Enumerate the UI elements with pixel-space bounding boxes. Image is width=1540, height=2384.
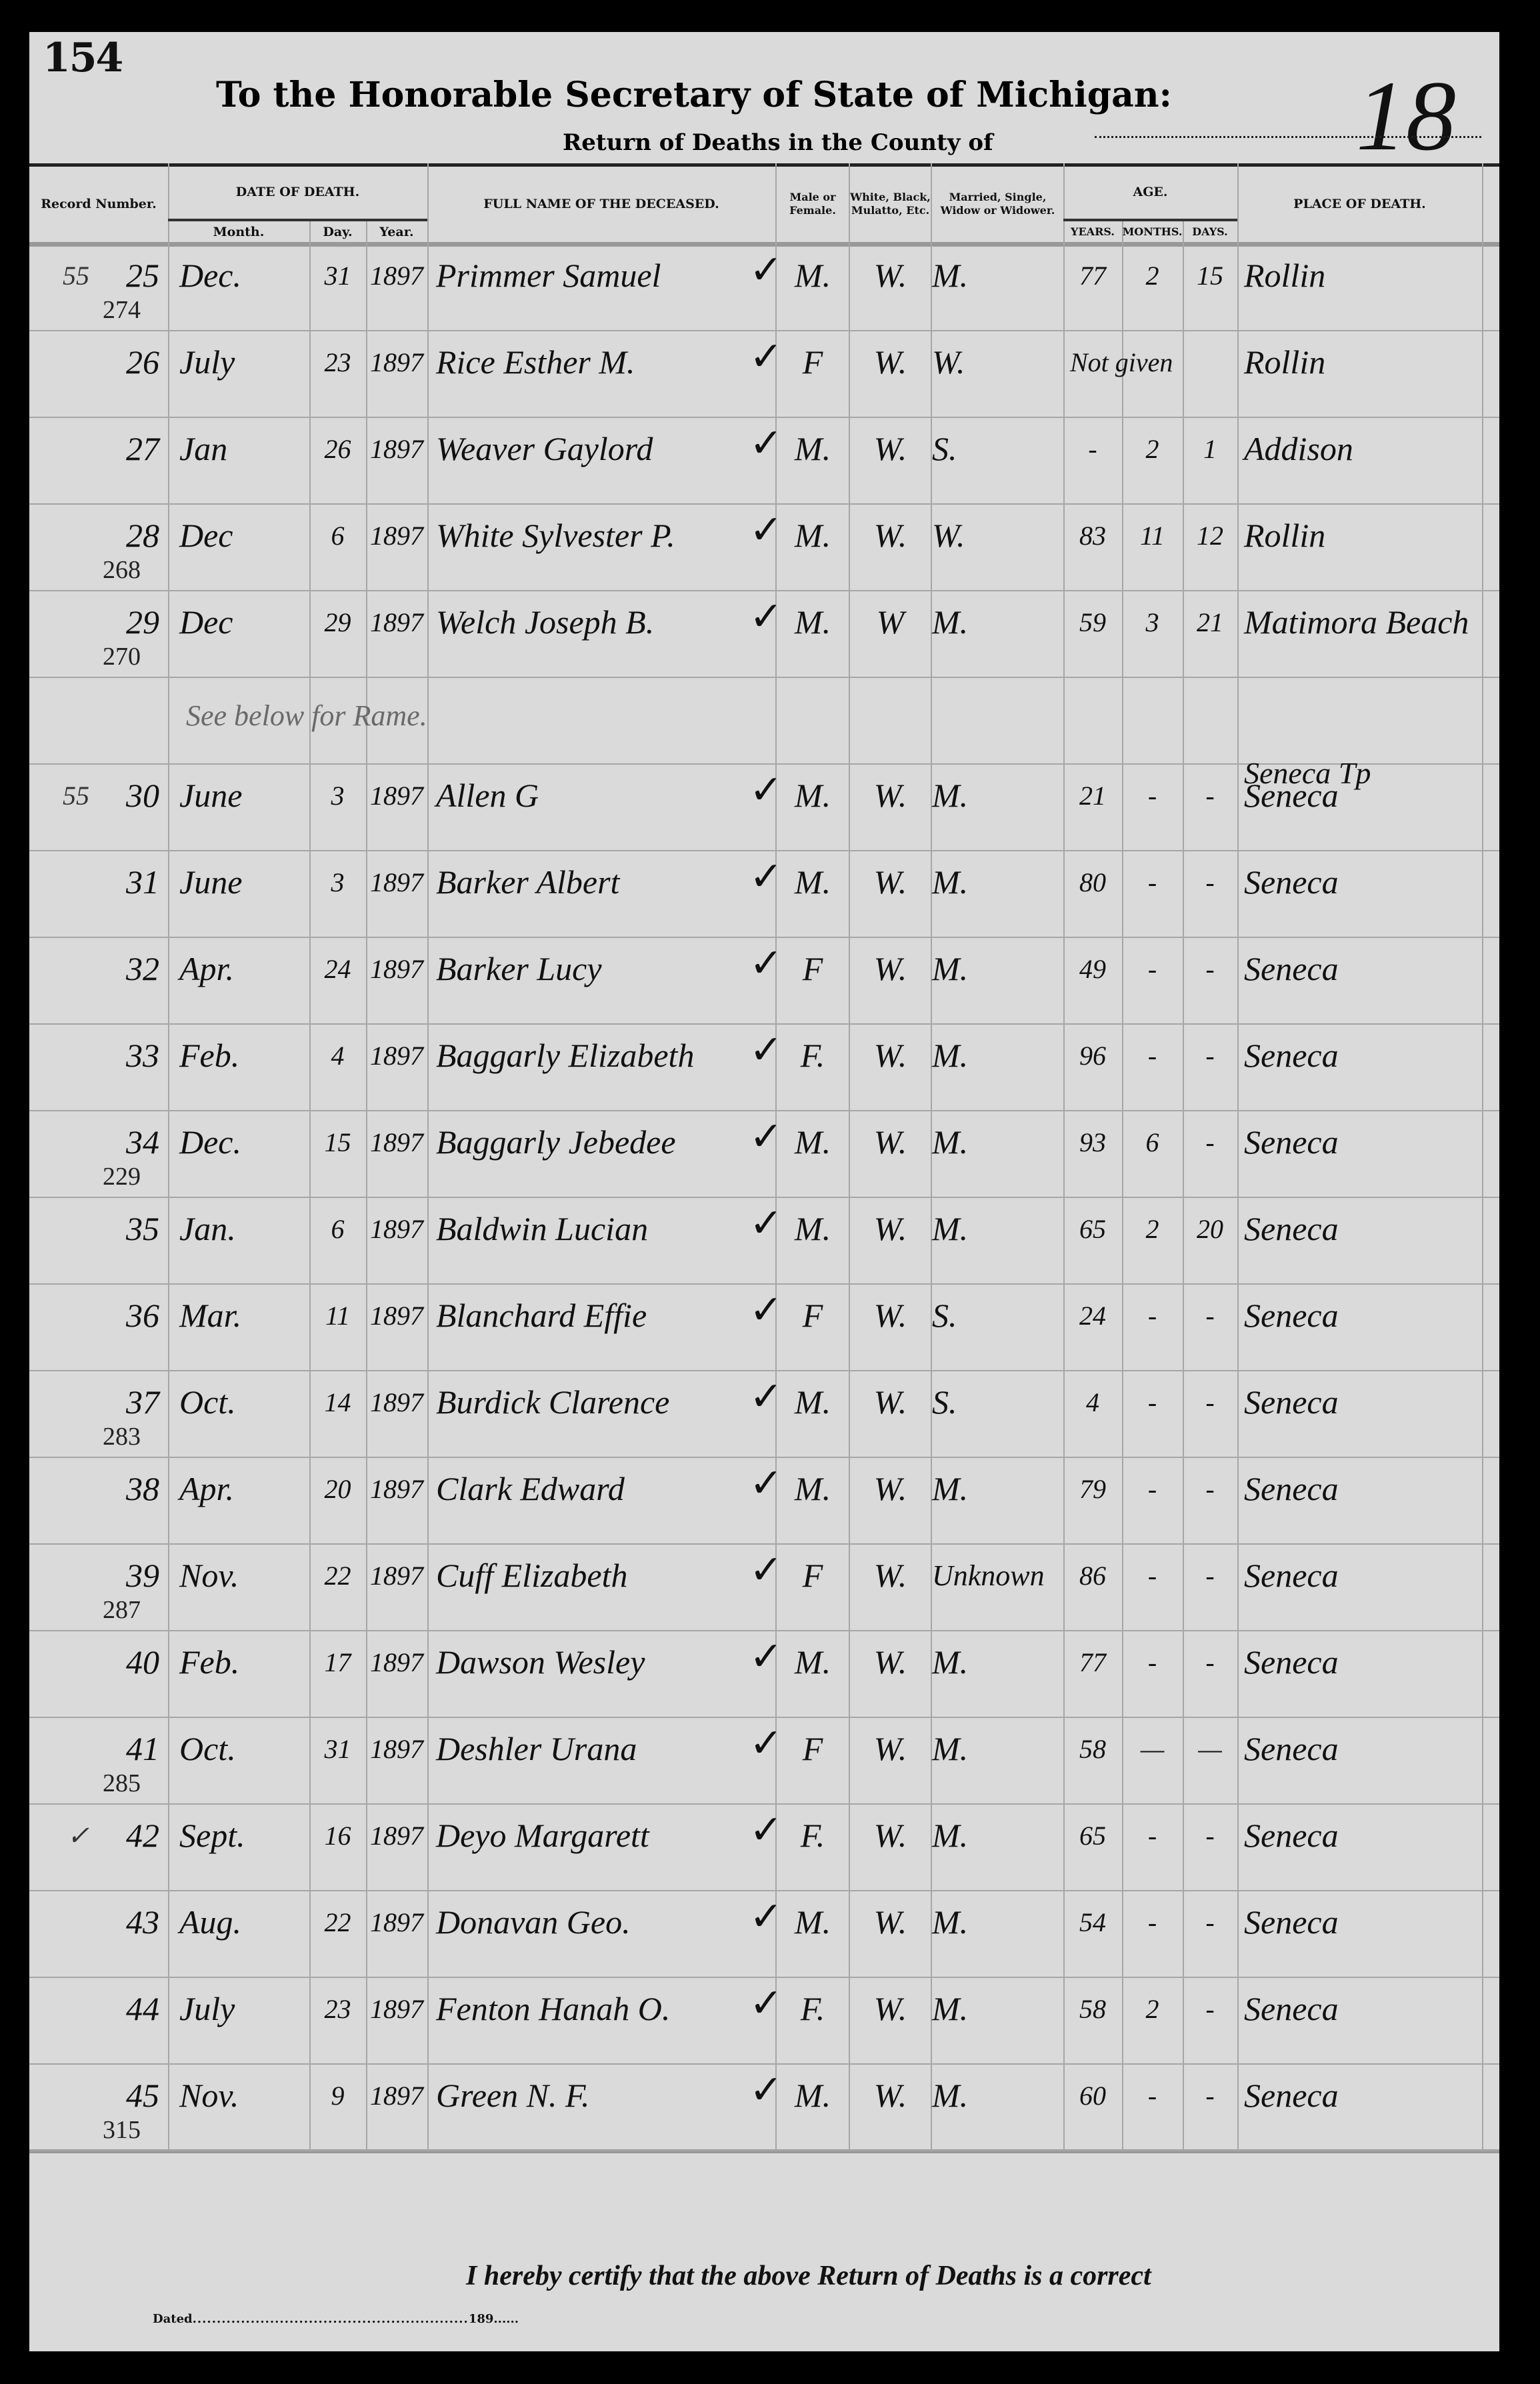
cell-race: W. (850, 1549, 931, 1602)
cell-race: W. (850, 1375, 931, 1429)
cell-record: 35 (93, 1202, 159, 1255)
cell-months: - (1122, 1289, 1183, 1342)
cell-sex: M. (777, 422, 849, 475)
row-rule (29, 850, 1499, 851)
verified-check-icon: ✓ (749, 1200, 783, 1247)
cell-record: 37 (93, 1375, 159, 1429)
cell-day: 20 (309, 1462, 366, 1515)
cell-sex: M. (777, 1462, 849, 1515)
cell-race: W. (850, 1289, 931, 1342)
cell-place: Seneca (1244, 1289, 1482, 1342)
row-rule (29, 417, 1499, 418)
cell-prefix (36, 855, 89, 909)
cell-name: Dawson Wesley (436, 1635, 749, 1689)
county-field (1095, 136, 1481, 138)
cell-year: 1897 (366, 1289, 427, 1342)
cell-sex: M. (777, 1895, 849, 1949)
cell-years: 93 (1063, 1115, 1122, 1169)
cell-name: Deshler Urana (436, 1722, 749, 1775)
cell-record: 42 (93, 1809, 159, 1862)
cell-place: Seneca (1244, 1462, 1482, 1515)
cell-sex: F (777, 1289, 849, 1342)
page-title: To the Honorable Secretary of State of M… (216, 75, 1172, 115)
cell-sex: F. (777, 1809, 849, 1862)
verified-check-icon: ✓ (749, 1633, 783, 1680)
cell-race: W. (850, 1895, 931, 1949)
row-rule (29, 1023, 1499, 1025)
cell-month: Apr. (179, 1462, 306, 1515)
header-place-of-death: PLACE OF DEATH. (1237, 165, 1482, 242)
cell-marital: M. (932, 1722, 1063, 1775)
cell-year: 1897 (366, 1202, 427, 1255)
cell-years: 65 (1063, 1202, 1122, 1255)
cell-days: - (1183, 1462, 1237, 1515)
cell-months: 2 (1122, 249, 1183, 302)
cell-race: W. (850, 1722, 931, 1775)
cell-year: 1897 (366, 769, 427, 822)
cell-months: - (1122, 1375, 1183, 1429)
col-rule (168, 163, 169, 2151)
row-rule (29, 1197, 1499, 1198)
cell-race: W. (850, 1202, 931, 1255)
cell-day: 31 (309, 1722, 366, 1775)
cell-ref-number: 270 (103, 642, 141, 671)
cell-place: Seneca (1244, 855, 1482, 909)
cell-year: 1897 (366, 1722, 427, 1775)
cell-days: - (1183, 2069, 1237, 2122)
cell-place: Seneca (1244, 1115, 1482, 1169)
cell-day: 24 (309, 942, 366, 995)
cell-marital: S. (932, 1289, 1063, 1342)
cell-sex: M. (777, 249, 849, 302)
cell-place: Seneca (1244, 1722, 1482, 1775)
cell-day: 11 (309, 1289, 366, 1342)
cell-month: Jan. (179, 1202, 306, 1255)
cell-place: Rollin (1244, 509, 1482, 562)
row-rule (29, 1890, 1499, 1891)
cell-year: 1897 (366, 1809, 427, 1862)
cell-marital: S. (932, 1375, 1063, 1429)
cell-days: - (1183, 1809, 1237, 1862)
cell-year: 1897 (366, 1635, 427, 1689)
cell-months: - (1122, 1635, 1183, 1689)
verified-check-icon: ✓ (749, 1113, 783, 1160)
cell-day: 6 (309, 1202, 366, 1255)
cell-place: Rollin (1244, 335, 1482, 389)
cell-months: 2 (1122, 422, 1183, 475)
cell-month: June (179, 855, 306, 909)
cell-ref-number: 287 (103, 1595, 141, 1625)
cell-months: 2 (1122, 1982, 1183, 2035)
cell-record: 41 (93, 1722, 159, 1775)
cell-months: 6 (1122, 1115, 1183, 1169)
cell-years: 79 (1063, 1462, 1122, 1515)
cell-marital: M. (932, 1895, 1063, 1949)
row-rule (29, 1457, 1499, 1458)
cell-race: W. (850, 769, 931, 822)
cell-month: Mar. (179, 1289, 306, 1342)
row-rule (29, 1283, 1499, 1285)
cell-months: 11 (1122, 509, 1183, 562)
cell-prefix: ✓ (36, 1809, 89, 1862)
cell-prefix (36, 1029, 89, 1082)
cell-prefix (36, 509, 89, 562)
cell-months: 2 (1122, 1202, 1183, 1255)
cell-sex: M. (777, 855, 849, 909)
cell-record: 32 (93, 942, 159, 995)
sheet-number: 18 (1356, 59, 1456, 173)
cell-prefix (36, 1115, 89, 1169)
row-rule (29, 1543, 1499, 1545)
cell-day: 31 (309, 249, 366, 302)
cell-name: Barker Lucy (436, 942, 749, 995)
cell-year: 1897 (366, 1115, 427, 1169)
cell-record: 26 (93, 335, 159, 389)
cell-days: 15 (1183, 249, 1237, 302)
cell-race: W. (850, 1115, 931, 1169)
header-full-name: FULL NAME OF THE DECEASED. (427, 165, 775, 242)
cell-record: 36 (93, 1289, 159, 1342)
cell-ref-number: 229 (103, 1162, 141, 1191)
cell-place: Matimora Beach (1244, 595, 1482, 649)
cell-name: Burdick Clarence (436, 1375, 749, 1429)
cell-name: Rice Esther M. (436, 335, 749, 389)
cell-month: Oct. (179, 1722, 306, 1775)
cell-years: 96 (1063, 1029, 1122, 1082)
cell-months: - (1122, 769, 1183, 822)
cell-sex: M. (777, 2069, 849, 2122)
cell-marital: M. (932, 769, 1063, 822)
cell-days: - (1183, 1289, 1237, 1342)
cell-month: Oct. (179, 1375, 306, 1429)
cell-race: W. (850, 1982, 931, 2035)
cell-days: - (1183, 1029, 1237, 1082)
cell-name: Baggarly Elizabeth (436, 1029, 749, 1082)
cell-name: Primmer Samuel (436, 249, 749, 302)
cell-sex: M. (777, 509, 849, 562)
cell-place: Seneca (1244, 1549, 1482, 1602)
cell-record: 39 (93, 1549, 159, 1602)
cell-record: 33 (93, 1029, 159, 1082)
cell-days: - (1183, 855, 1237, 909)
cell-day: 3 (309, 769, 366, 822)
row-rule (29, 1110, 1499, 1111)
cell-sex: F. (777, 1029, 849, 1082)
cell-sex: M. (777, 769, 849, 822)
cell-years: 80 (1063, 855, 1122, 909)
cell-year: 1897 (366, 249, 427, 302)
cell-days: - (1183, 1982, 1237, 2035)
cell-marital: S. (932, 422, 1063, 475)
header-age-months: MONTHS. (1122, 221, 1183, 242)
cell-days: - (1183, 1115, 1237, 1169)
county-label: Return of Deaths in the County of (563, 129, 993, 156)
cell-prefix (36, 1982, 89, 2035)
cell-years: 77 (1063, 1635, 1122, 1689)
row-rule (29, 2150, 1499, 2151)
cell-year: 1897 (366, 1895, 427, 1949)
verified-check-icon: ✓ (749, 507, 783, 553)
cell-prefix: 55 (36, 249, 89, 302)
cell-prefix (36, 1635, 89, 1689)
cell-record: 25 (93, 249, 159, 302)
cell-place: Seneca (1244, 1809, 1482, 1862)
cell-days: - (1183, 1549, 1237, 1602)
cell-month: July (179, 1982, 306, 2035)
cell-months: — (1122, 1722, 1183, 1775)
cell-month: Nov. (179, 1549, 306, 1602)
cell-month: Feb. (179, 1029, 306, 1082)
cell-place: Seneca (1244, 1375, 1482, 1429)
cell-record: 45 (93, 2069, 159, 2122)
cell-marital: M. (932, 2069, 1063, 2122)
cell-day: 16 (309, 1809, 366, 1862)
cell-year: 1897 (366, 1375, 427, 1429)
cell-race: W. (850, 1462, 931, 1515)
cell-years: 21 (1063, 769, 1122, 822)
cell-month: Dec. (179, 1115, 306, 1169)
cell-name: Deyo Margarett (436, 1809, 749, 1862)
cell-prefix (36, 1462, 89, 1515)
row-rule (29, 1717, 1499, 1718)
verified-check-icon: ✓ (749, 1720, 783, 1767)
cell-prefix (36, 1375, 89, 1429)
verified-check-icon: ✓ (749, 1287, 783, 1333)
cell-prefix (36, 1549, 89, 1602)
cell-race: W. (850, 2069, 931, 2122)
cell-marital: M. (932, 1115, 1063, 1169)
cell-place: Seneca (1244, 1895, 1482, 1949)
cell-marital: M. (932, 942, 1063, 995)
verified-check-icon: ✓ (749, 593, 783, 640)
cell-month: July (179, 335, 306, 389)
death-return-page: 154 To the Honorable Secretary of State … (29, 32, 1499, 2351)
cell-prefix: 55 (36, 769, 89, 822)
cell-months: - (1122, 942, 1183, 995)
seneca-twp-note: Seneca Tp (1244, 755, 1371, 791)
cell-years: 49 (1063, 942, 1122, 995)
cell-month: Aug. (179, 1895, 306, 1949)
cell-marital: M. (932, 1462, 1063, 1515)
row-rule (29, 503, 1499, 505)
header-date-of-death: DATE OF DEATH. (168, 165, 427, 219)
header-age: AGE. (1063, 165, 1237, 219)
cell-months (1122, 335, 1183, 389)
cell-record: 38 (93, 1462, 159, 1515)
cell-marital: M. (932, 1982, 1063, 2035)
cell-year: 1897 (366, 855, 427, 909)
cell-prefix (36, 335, 89, 389)
cell-name: Donavan Geo. (436, 1895, 749, 1949)
cell-month: Jan (179, 422, 306, 475)
cell-sex: M. (777, 1202, 849, 1255)
cell-day: 3 (309, 855, 366, 909)
cell-marital: M. (932, 1202, 1063, 1255)
cell-race: W. (850, 335, 931, 389)
cell-race: W. (850, 942, 931, 995)
cell-years: 77 (1063, 249, 1122, 302)
cell-years: 4 (1063, 1375, 1122, 1429)
cell-place: Addison (1244, 422, 1482, 475)
verified-check-icon: ✓ (749, 1980, 783, 2027)
verified-check-icon: ✓ (749, 1807, 783, 1853)
cell-prefix (36, 422, 89, 475)
cell-days: 21 (1183, 595, 1237, 649)
cell-marital: M. (932, 1809, 1063, 1862)
cell-year: 1897 (366, 1462, 427, 1515)
col-rule (1482, 163, 1483, 2151)
cell-record: 30 (93, 769, 159, 822)
certification-text: I hereby certify that the above Return o… (466, 2260, 1151, 2292)
cell-day: 22 (309, 1549, 366, 1602)
cell-days: - (1183, 942, 1237, 995)
cell-ref-number: 283 (103, 1422, 141, 1451)
cell-sex: F (777, 942, 849, 995)
verified-check-icon: ✓ (749, 1893, 783, 1940)
cell-months: - (1122, 1809, 1183, 1862)
cell-sex: F (777, 1722, 849, 1775)
cell-name: Blanchard Effie (436, 1289, 749, 1342)
cell-days (1183, 335, 1237, 389)
cell-record: 27 (93, 422, 159, 475)
cell-day: 23 (309, 1982, 366, 2035)
cell-prefix (36, 595, 89, 649)
cell-name: Fenton Hanah O. (436, 1982, 749, 2035)
cell-prefix (36, 2069, 89, 2122)
cell-prefix (36, 1202, 89, 1255)
cell-record: 40 (93, 1635, 159, 1689)
cell-years: 24 (1063, 1289, 1122, 1342)
cell-days: 12 (1183, 509, 1237, 562)
verified-check-icon: ✓ (749, 333, 783, 380)
cell-ref-number: 268 (103, 555, 141, 585)
cell-name: Barker Albert (436, 855, 749, 909)
cell-sex: M. (777, 1375, 849, 1429)
cell-day: 29 (309, 595, 366, 649)
cell-name: Clark Edward (436, 1462, 749, 1515)
cell-day: 4 (309, 1029, 366, 1082)
cell-record: 43 (93, 1895, 159, 1949)
cell-months: - (1122, 1462, 1183, 1515)
cell-days: 20 (1183, 1202, 1237, 1255)
cell-marital: M. (932, 1635, 1063, 1689)
row-rule (29, 1977, 1499, 1978)
header-year: Year. (366, 221, 427, 242)
cell-day: 14 (309, 1375, 366, 1429)
verified-check-icon: ✓ (749, 420, 783, 467)
cell-sex: M. (777, 595, 849, 649)
cell-sex: M. (777, 1115, 849, 1169)
header-age-years: YEARS. (1063, 221, 1122, 242)
cell-years: 54 (1063, 1895, 1122, 1949)
header-bottom-rule (29, 242, 1499, 247)
cell-race: W (850, 595, 931, 649)
cell-year: 1897 (366, 2069, 427, 2122)
cell-place: Seneca (1244, 2069, 1482, 2122)
cell-year: 1897 (366, 1549, 427, 1602)
cell-year: 1897 (366, 1029, 427, 1082)
row-rule (29, 1630, 1499, 1631)
cell-month: Feb. (179, 1635, 306, 1689)
col-rule (1237, 163, 1239, 2151)
header-race: White, Black, Mulatto, Etc. (850, 165, 931, 242)
cell-month: Dec (179, 595, 306, 649)
page-number: 154 (43, 35, 122, 81)
cell-sex: F (777, 335, 849, 389)
dated-label: Dated (153, 2312, 193, 2326)
cell-race: W. (850, 422, 931, 475)
cell-marital: M. (932, 1029, 1063, 1082)
cell-month: Nov. (179, 2069, 306, 2122)
cell-years: 86 (1063, 1549, 1122, 1602)
row-rule (29, 330, 1499, 331)
cell-day: 15 (309, 1115, 366, 1169)
cell-place: Seneca (1244, 1202, 1482, 1255)
row-rule (29, 1803, 1499, 1805)
dated-line: Dated...................................… (153, 2312, 519, 2326)
cell-record: 44 (93, 1982, 159, 2035)
header-sex: Male or Female. (777, 165, 849, 242)
cell-name: Allen G (436, 769, 749, 822)
cell-days: - (1183, 769, 1237, 822)
verified-check-icon: ✓ (749, 767, 783, 813)
cell-months: - (1122, 1549, 1183, 1602)
cell-prefix (36, 1289, 89, 1342)
col-rule (427, 163, 429, 2151)
cell-years: 60 (1063, 2069, 1122, 2122)
cell-months: - (1122, 1895, 1183, 1949)
cell-months: - (1122, 2069, 1183, 2122)
verified-check-icon: ✓ (749, 1460, 783, 1507)
cell-name: Weaver Gaylord (436, 422, 749, 475)
cell-ref-number: 285 (103, 1769, 141, 1798)
cell-ref-number: 315 (103, 2115, 141, 2145)
cell-marital: M. (932, 249, 1063, 302)
cell-name: Baldwin Lucian (436, 1202, 749, 1255)
cell-sex: F. (777, 1982, 849, 2035)
header-age-days: DAYS. (1183, 221, 1237, 242)
cell-months: 3 (1122, 595, 1183, 649)
cell-name: Green N. F. (436, 2069, 749, 2122)
cell-years: 59 (1063, 595, 1122, 649)
verified-check-icon: ✓ (749, 853, 783, 900)
cell-years: - (1063, 422, 1122, 475)
cell-days: 1 (1183, 422, 1237, 475)
row-rule (29, 677, 1499, 678)
cell-name: Baggarly Jebedee (436, 1115, 749, 1169)
cell-year: 1897 (366, 335, 427, 389)
cell-months: - (1122, 1029, 1183, 1082)
verified-check-icon: ✓ (749, 1027, 783, 1073)
cell-name: Welch Joseph B. (436, 595, 749, 649)
cell-record: 31 (93, 855, 159, 909)
cell-name: Cuff Elizabeth (436, 1549, 749, 1602)
cell-name: White Sylvester P. (436, 509, 749, 562)
cell-race: W. (850, 509, 931, 562)
cell-years: 83 (1063, 509, 1122, 562)
cell-day: 22 (309, 1895, 366, 1949)
cell-days: - (1183, 1375, 1237, 1429)
cell-year: 1897 (366, 942, 427, 995)
cell-sex: F (777, 1549, 849, 1602)
cell-day: 23 (309, 335, 366, 389)
row-rule (29, 2063, 1499, 2065)
cell-month: Dec. (179, 249, 306, 302)
cell-marital: Unknown (932, 1549, 1063, 1602)
header-marital: Married, Single, Widow or Widower. (932, 165, 1063, 242)
cell-ref-number: 274 (103, 295, 141, 325)
verified-check-icon: ✓ (749, 247, 783, 293)
